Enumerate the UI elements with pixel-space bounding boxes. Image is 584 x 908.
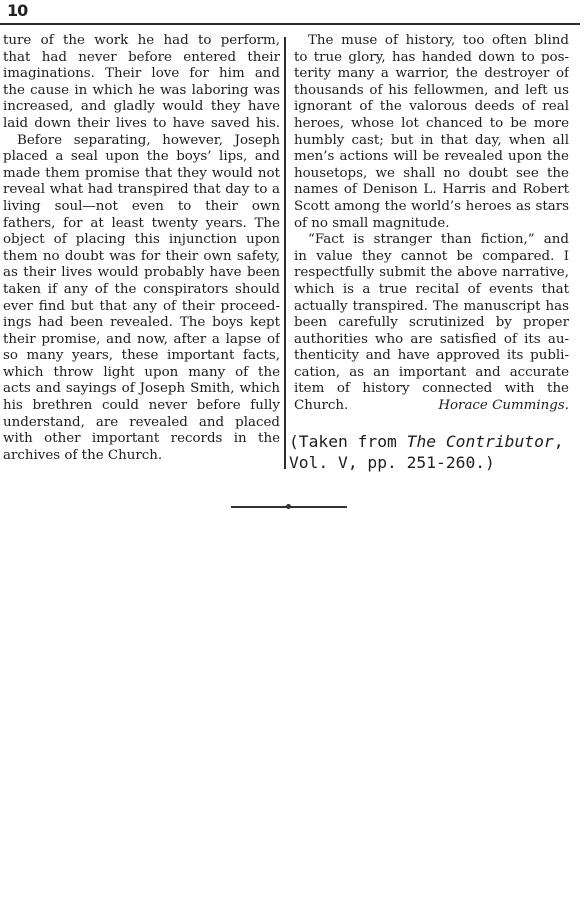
text-line: acts and sayings of Joseph Smith, which	[3, 381, 280, 398]
source-citation: (Taken from The Contributor, Vol. V, pp.…	[289, 431, 584, 473]
text-line: understand, are revealed and placed	[3, 415, 280, 432]
closing-line: Church. Horace Cummings.	[294, 398, 569, 415]
text-line: so many years, these important facts,	[3, 348, 280, 365]
right-column: The muse of history, too often blind to …	[294, 33, 569, 415]
paragraph-start-line: The muse of history, too often blind	[294, 33, 569, 50]
text-line: men’s actions will be revealed upon the	[294, 149, 569, 166]
source-line-2: Vol. V, pp. 251-260.)	[289, 452, 584, 473]
text-line: of no small magnitude.	[294, 216, 569, 233]
text-line: Scott among the world’s heroes as stars	[294, 199, 569, 216]
text-line: in value they cannot be compared. I	[294, 249, 569, 266]
text-line: authorities who are satisfied of its au-	[294, 332, 569, 349]
end-ornament-dot	[286, 504, 291, 509]
text-line: terity many a warrior, the destroyer of	[294, 66, 569, 83]
text-line: imaginations. Their love for him and	[3, 66, 280, 83]
text-line: respectfully submit the above narrative,	[294, 265, 569, 282]
text-line: taken if any of the conspirators should	[3, 282, 280, 299]
text-line: increased, and gladly would they have	[3, 99, 280, 116]
text-line: to true glory, has handed down to pos-	[294, 50, 569, 67]
text-line: which throw light upon many of the	[3, 365, 280, 382]
paragraph-start-line: Before separating, however, Joseph	[3, 133, 280, 150]
text-line: fathers, for at least twenty years. The	[3, 216, 280, 233]
author-signature: Horace Cummings.	[438, 398, 569, 415]
page-number: 10	[7, 1, 27, 20]
text-line: that had never before entered their	[3, 50, 280, 67]
text-line: housetops, we shall no doubt see the	[294, 166, 569, 183]
text-line: item of history connected with the	[294, 381, 569, 398]
text-line: object of placing this injunction upon	[3, 232, 280, 249]
closing-word: Church.	[294, 398, 348, 415]
text-line: them no doubt was for their own safety,	[3, 249, 280, 266]
text-line: as their lives would probably have been	[3, 265, 280, 282]
text-line: their promise, and now, after a lapse of	[3, 332, 280, 349]
text-line: heroes, whose lot chanced to be more	[294, 116, 569, 133]
paragraph-start-line: “Fact is stranger than fiction,” and	[294, 232, 569, 249]
source-line-1: (Taken from The Contributor,	[289, 431, 584, 452]
column-divider	[284, 37, 286, 469]
text-line: placed a seal upon the boys’ lips, and	[3, 149, 280, 166]
text-line: names of Denison L. Harris and Robert	[294, 182, 569, 199]
publication-title: The Contributor	[407, 432, 554, 451]
text-line: laid down their lives to have saved his.	[3, 116, 280, 133]
text-line: thenticity and have approved its publi-	[294, 348, 569, 365]
text-line: ings had been revealed. The boys kept	[3, 315, 280, 332]
text-line: ever find but that any of their proceed-	[3, 299, 280, 316]
text-line: archives of the Church.	[3, 448, 280, 465]
text-line: his brethren could never before fully	[3, 398, 280, 415]
text-line: reveal what had transpired that day to a	[3, 182, 280, 199]
left-column: ture of the work he had to perform, that…	[3, 33, 280, 464]
text-line: which is a true recital of events that	[294, 282, 569, 299]
text-line: been carefully scrutinized by proper	[294, 315, 569, 332]
text-line: thousands of his fellowmen, and left us	[294, 83, 569, 100]
header-rule	[0, 23, 580, 25]
text-line: ture of the work he had to perform,	[3, 33, 280, 50]
text-line: with other important records in the	[3, 431, 280, 448]
text-line: ignorant of the valorous deeds of real	[294, 99, 569, 116]
text-line: living soul—not even to their own	[3, 199, 280, 216]
text-line: actually transpired. The manuscript has	[294, 299, 569, 316]
text-line: cation, as an important and accurate	[294, 365, 569, 382]
text-line: made them promise that they would not	[3, 166, 280, 183]
text-line: humbly cast; but in that day, when all	[294, 133, 569, 150]
text-line: the cause in which he was laboring was	[3, 83, 280, 100]
